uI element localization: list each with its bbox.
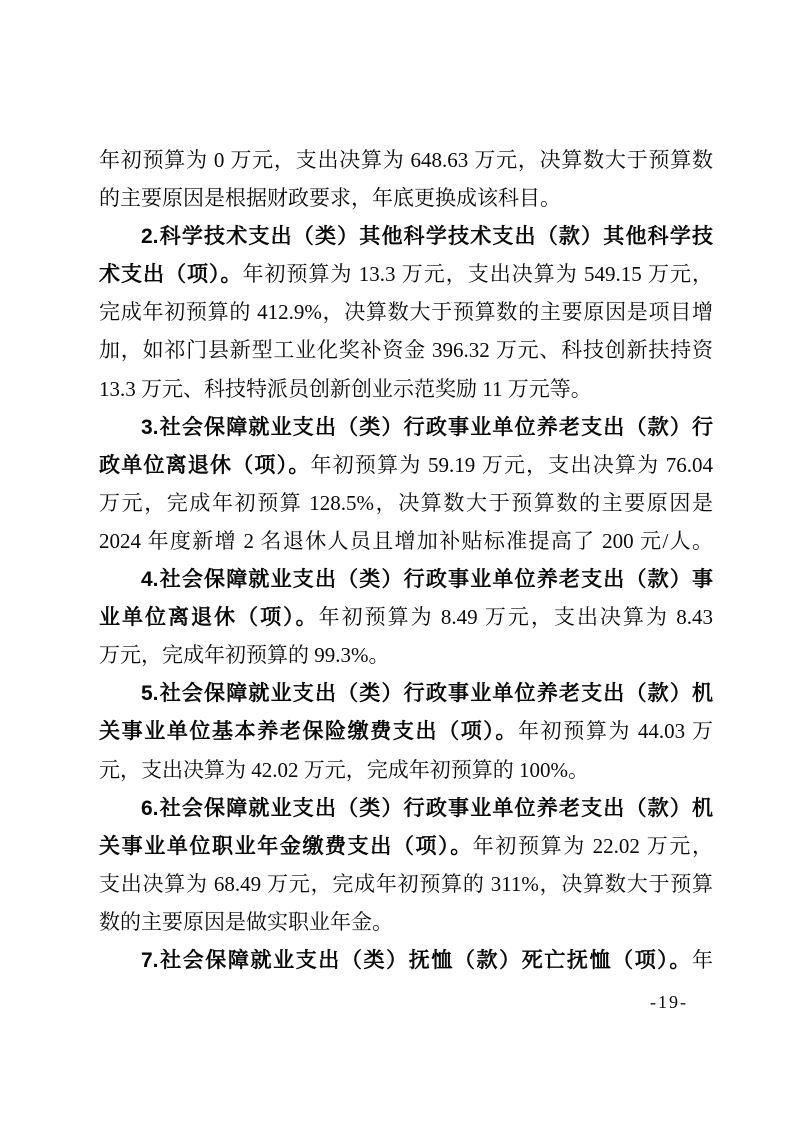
item-heading-segment: 4.社会保障就业支出（类）行政事业单位养老支出（款）事 <box>141 568 713 591</box>
document-page: 年初预算为 0 万元，支出决算为 648.63 万元，决算数大于预算数的主要原因… <box>0 0 793 1122</box>
body-text-segment: 2024 年度新增 2 名退休人员且增加补贴标准提高了 200 元/人。 <box>99 529 713 553</box>
item-heading-segment: 7.社会保障就业支出（类）抚恤（款）死亡抚恤（项）。 <box>141 949 692 972</box>
text-line: 万元，完成年初预算的 99.3%。 <box>99 636 713 674</box>
item-heading-segment: 2.科学技术支出（类）其他科学技术支出（款）其他科学技 <box>141 225 713 248</box>
body-text-segment: 数的主要原因是做实职业年金。 <box>99 910 393 934</box>
body-text-segment: 的主要原因是根据财政要求，年底更换成该科目。 <box>99 186 561 210</box>
text-line: 5.社会保障就业支出（类）行政事业单位养老支出（款）机 <box>99 674 713 712</box>
text-line: 完成年初预算的 412.9%，决算数大于预算数的主要原因是项目增 <box>99 293 713 331</box>
text-line: 3.社会保障就业支出（类）行政事业单位养老支出（款）行 <box>99 408 713 446</box>
body-text-segment: 年初预算为 0 万元，支出决算为 648.63 万元，决算数大于预算数 <box>99 148 713 172</box>
text-line: 加，如祁门县新型工业化奖补资金 396.32 万元、科技创新扶持资 <box>99 331 713 369</box>
text-line: 数的主要原因是做实职业年金。 <box>99 903 713 941</box>
text-line: 业单位离退休（项）。年初预算为 8.49 万元，支出决算为 8.43 <box>99 598 713 636</box>
text-line: 关事业单位职业年金缴费支出（项）。年初预算为 22.02 万元， <box>99 827 713 865</box>
text-line: 2.科学技术支出（类）其他科学技术支出（款）其他科学技 <box>99 217 713 255</box>
text-line: 6.社会保障就业支出（类）行政事业单位养老支出（款）机 <box>99 789 713 827</box>
text-line: 关事业单位基本养老保险缴费支出（项）。年初预算为 44.03 万 <box>99 712 713 750</box>
text-line: 政单位离退休（项）。年初预算为 59.19 万元，支出决算为 76.04 <box>99 446 713 484</box>
item-heading-segment: 关事业单位基本养老保险缴费支出（项）。 <box>99 720 518 743</box>
item-heading-segment: 3.社会保障就业支出（类）行政事业单位养老支出（款）行 <box>141 416 713 439</box>
body-text-segment: 年初预算为 8.49 万元，支出决算为 8.43 <box>319 605 713 629</box>
item-heading-segment: 政单位离退休（项）。 <box>99 454 311 477</box>
body-text-segment: 年初预算为 13.3 万元，支出决算为 549.15 万元， <box>243 262 714 286</box>
body-text-segment: 13.3 万元、科技特派员创新创业示范奖励 11 万元等。 <box>99 377 592 401</box>
text-line: 支出决算为 68.49 万元，完成年初预算的 311%，决算数大于预算 <box>99 865 713 903</box>
item-heading-segment: 5.社会保障就业支出（类）行政事业单位养老支出（款）机 <box>141 682 713 705</box>
body-text-segment: 年 <box>692 948 713 972</box>
text-line: 4.社会保障就业支出（类）行政事业单位养老支出（款）事 <box>99 560 713 598</box>
item-heading-segment: 6.社会保障就业支出（类）行政事业单位养老支出（款）机 <box>141 797 713 820</box>
body-text-segment: 完成年初预算的 412.9%，决算数大于预算数的主要原因是项目增 <box>99 300 713 324</box>
document-body: 年初预算为 0 万元，支出决算为 648.63 万元，决算数大于预算数的主要原因… <box>99 141 713 979</box>
item-heading-segment: 术支出（项）。 <box>99 263 243 286</box>
text-line: 术支出（项）。年初预算为 13.3 万元，支出决算为 549.15 万元， <box>99 255 713 293</box>
body-text-segment: 加，如祁门县新型工业化奖补资金 396.32 万元、科技创新扶持资 <box>99 338 713 362</box>
text-line: 13.3 万元、科技特派员创新创业示范奖励 11 万元等。 <box>99 370 713 408</box>
text-line: 2024 年度新增 2 名退休人员且增加补贴标准提高了 200 元/人。 <box>99 522 713 560</box>
body-text-segment: 万元，完成年初预算的 99.3%。 <box>99 643 390 667</box>
text-line: 元，支出决算为 42.02 万元，完成年初预算的 100%。 <box>99 751 713 789</box>
body-text-segment: 元，支出决算为 42.02 万元，完成年初预算的 100%。 <box>99 758 589 782</box>
body-text-segment: 年初预算为 22.02 万元， <box>473 834 713 858</box>
body-text-segment: 支出决算为 68.49 万元，完成年初预算的 311%，决算数大于预算 <box>99 872 713 896</box>
text-line: 年初预算为 0 万元，支出决算为 648.63 万元，决算数大于预算数 <box>99 141 713 179</box>
text-line: 的主要原因是根据财政要求，年底更换成该科目。 <box>99 179 713 217</box>
text-line: 万元，完成年初预算 128.5%，决算数大于预算数的主要原因是 <box>99 484 713 522</box>
body-text-segment: 年初预算为 59.19 万元，支出决算为 76.04 <box>311 453 713 477</box>
body-text-segment: 年初预算为 44.03 万 <box>518 719 713 743</box>
body-text-segment: 万元，完成年初预算 128.5%，决算数大于预算数的主要原因是 <box>99 491 713 515</box>
item-heading-segment: 关事业单位职业年金缴费支出（项）。 <box>99 835 473 858</box>
page-number: -19- <box>650 992 688 1013</box>
item-heading-segment: 业单位离退休（项）。 <box>99 606 319 629</box>
text-line: 7.社会保障就业支出（类）抚恤（款）死亡抚恤（项）。年 <box>99 941 713 979</box>
